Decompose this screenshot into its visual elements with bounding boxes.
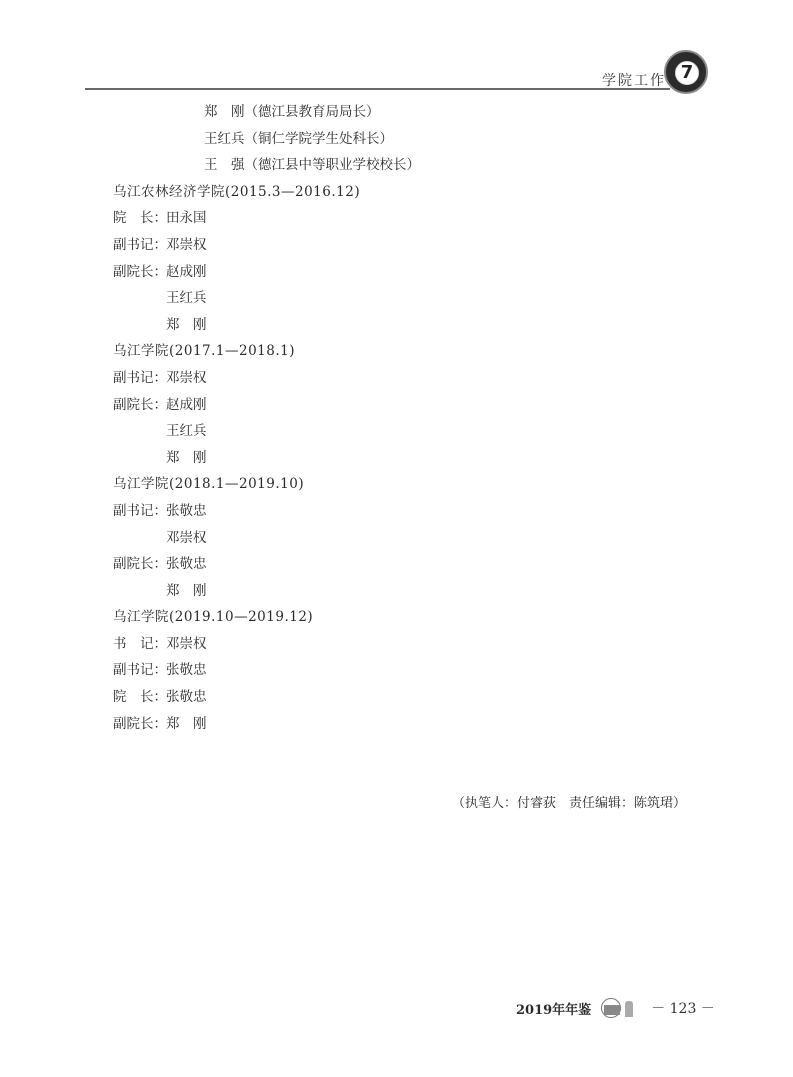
role-line: 副院长：赵成刚 — [113, 392, 713, 419]
person-name: 赵成刚 — [166, 264, 207, 280]
role-label: 副院长： — [113, 259, 166, 286]
person-name: 张敬忠 — [166, 689, 207, 705]
role-label: 副书记： — [113, 365, 166, 392]
page-number: － 123 － — [651, 998, 715, 1018]
role-line: 副书记：邓崇权 — [113, 232, 713, 259]
college-period-heading: 乌江学院(2019.10—2019.12) — [113, 604, 713, 631]
person-name-continued: 王红兵 — [113, 285, 713, 312]
role-label: 院 长： — [113, 205, 166, 232]
role-label: 院 长： — [113, 684, 166, 711]
person-name-continued: 郑 刚 — [113, 312, 713, 339]
role-line: 院 长：田永国 — [113, 205, 713, 232]
author-credit: （执笔人：付睿荻 责任编辑：陈筑珺） — [452, 792, 686, 811]
person-name: 邓崇权 — [166, 370, 207, 386]
role-line: 院 长：张敬忠 — [113, 684, 713, 711]
person-name: 邓崇权 — [166, 636, 207, 652]
role-line: 副书记：邓崇权 — [113, 365, 713, 392]
person-name: 张敬忠 — [166, 503, 207, 519]
person-name-continued: 邓崇权 — [113, 525, 713, 552]
person-name: 张敬忠 — [166, 556, 207, 572]
person-name: 张敬忠 — [166, 662, 207, 678]
role-label: 副院长： — [113, 711, 166, 738]
person-name: 邓崇权 — [166, 237, 207, 253]
role-label: 副书记： — [113, 232, 166, 259]
committee-member-line: 郑 刚（德江县教育局局长） — [113, 99, 713, 126]
role-label: 副书记： — [113, 657, 166, 684]
role-line: 副院长：赵成刚 — [113, 259, 713, 286]
running-header-title: 学院工作 — [602, 70, 666, 90]
person-name-continued: 郑 刚 — [113, 445, 713, 472]
person-name: 郑 刚 — [166, 716, 207, 732]
document-body: 郑 刚（德江县教育局局长）王红兵（铜仁学院学生处科长）王 强（德江县中等职业学校… — [113, 99, 713, 737]
page-footer: 2019年年鉴 － 123 － — [516, 994, 715, 1022]
role-line: 副院长：张敬忠 — [113, 551, 713, 578]
person-name: 赵成刚 — [166, 397, 207, 413]
role-line: 副书记：张敬忠 — [113, 498, 713, 525]
college-period-heading: 乌江学院(2018.1—2019.10) — [113, 471, 713, 498]
role-label: 副院长： — [113, 392, 166, 419]
yearbook-mascot-icon — [599, 995, 641, 1021]
committee-member-line: 王 强（德江县中等职业学校校长） — [113, 152, 713, 179]
person-name-continued: 郑 刚 — [113, 578, 713, 605]
yearbook-label: 2019年年鉴 — [516, 999, 591, 1018]
university-seal-icon: 7 — [664, 50, 708, 94]
role-label: 书 记： — [113, 631, 166, 658]
person-name: 田永国 — [166, 210, 207, 226]
person-name-continued: 王红兵 — [113, 418, 713, 445]
role-label: 副院长： — [113, 551, 166, 578]
role-line: 副院长：郑 刚 — [113, 711, 713, 738]
college-period-heading: 乌江学院(2017.1—2018.1) — [113, 338, 713, 365]
header-rule — [85, 88, 670, 90]
role-label: 副书记： — [113, 498, 166, 525]
role-line: 副书记：张敬忠 — [113, 657, 713, 684]
college-period-heading: 乌江农林经济学院(2015.3—2016.12) — [113, 179, 713, 206]
role-line: 书 记：邓崇权 — [113, 631, 713, 658]
committee-member-line: 王红兵（铜仁学院学生处科长） — [113, 126, 713, 153]
